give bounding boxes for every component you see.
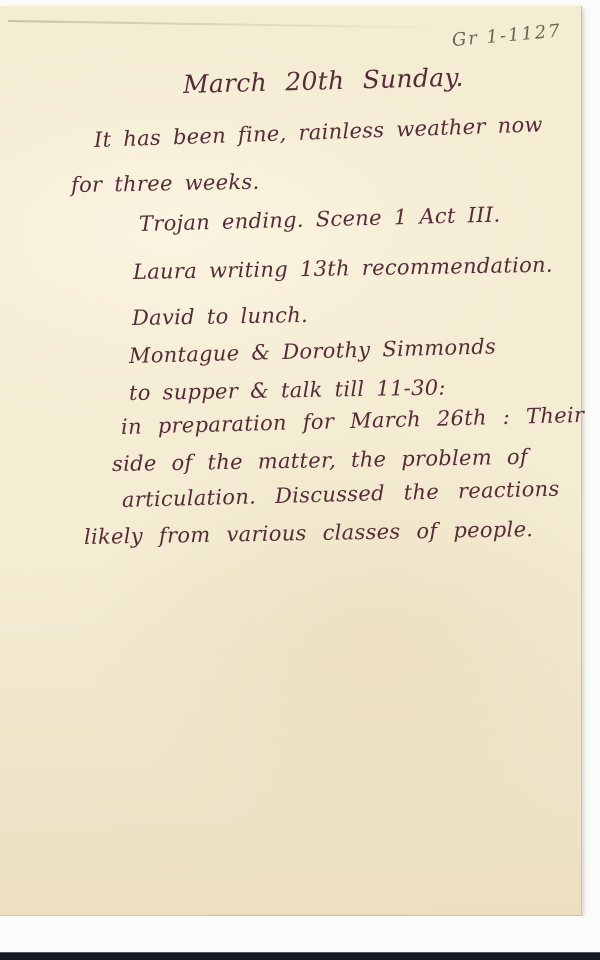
paper-crease (8, 20, 438, 29)
manuscript-line: Laura writing 13th recommendation. (133, 253, 553, 284)
diary-date-heading: March 20th Sunday. (183, 63, 464, 99)
manuscript-line: for three weeks. (71, 170, 260, 197)
scanner-backing (0, 916, 600, 952)
archive-reference: Gr 1-1127 (451, 20, 562, 51)
manuscript-line: It has been fine, rainless weather now (94, 112, 544, 152)
manuscript-line: side of the matter, the problem of (112, 445, 528, 476)
manuscript-line: in preparation for March 26th : Their (121, 403, 585, 439)
manuscript-line: Trojan ending. Scene 1 Act III. (139, 203, 501, 236)
diary-page: Gr 1-1127 March 20th Sunday. It has been… (0, 6, 582, 916)
manuscript-line: Montague & Dorothy Simmonds (129, 334, 497, 368)
scan-edge-strip (0, 952, 600, 960)
manuscript-line: David to lunch. (132, 303, 308, 330)
manuscript-line: articulation. Discussed the reactions (122, 477, 560, 512)
manuscript-line: likely from various classes of people. (84, 517, 534, 549)
manuscript-line: to supper & talk till 11-30: (129, 375, 446, 405)
